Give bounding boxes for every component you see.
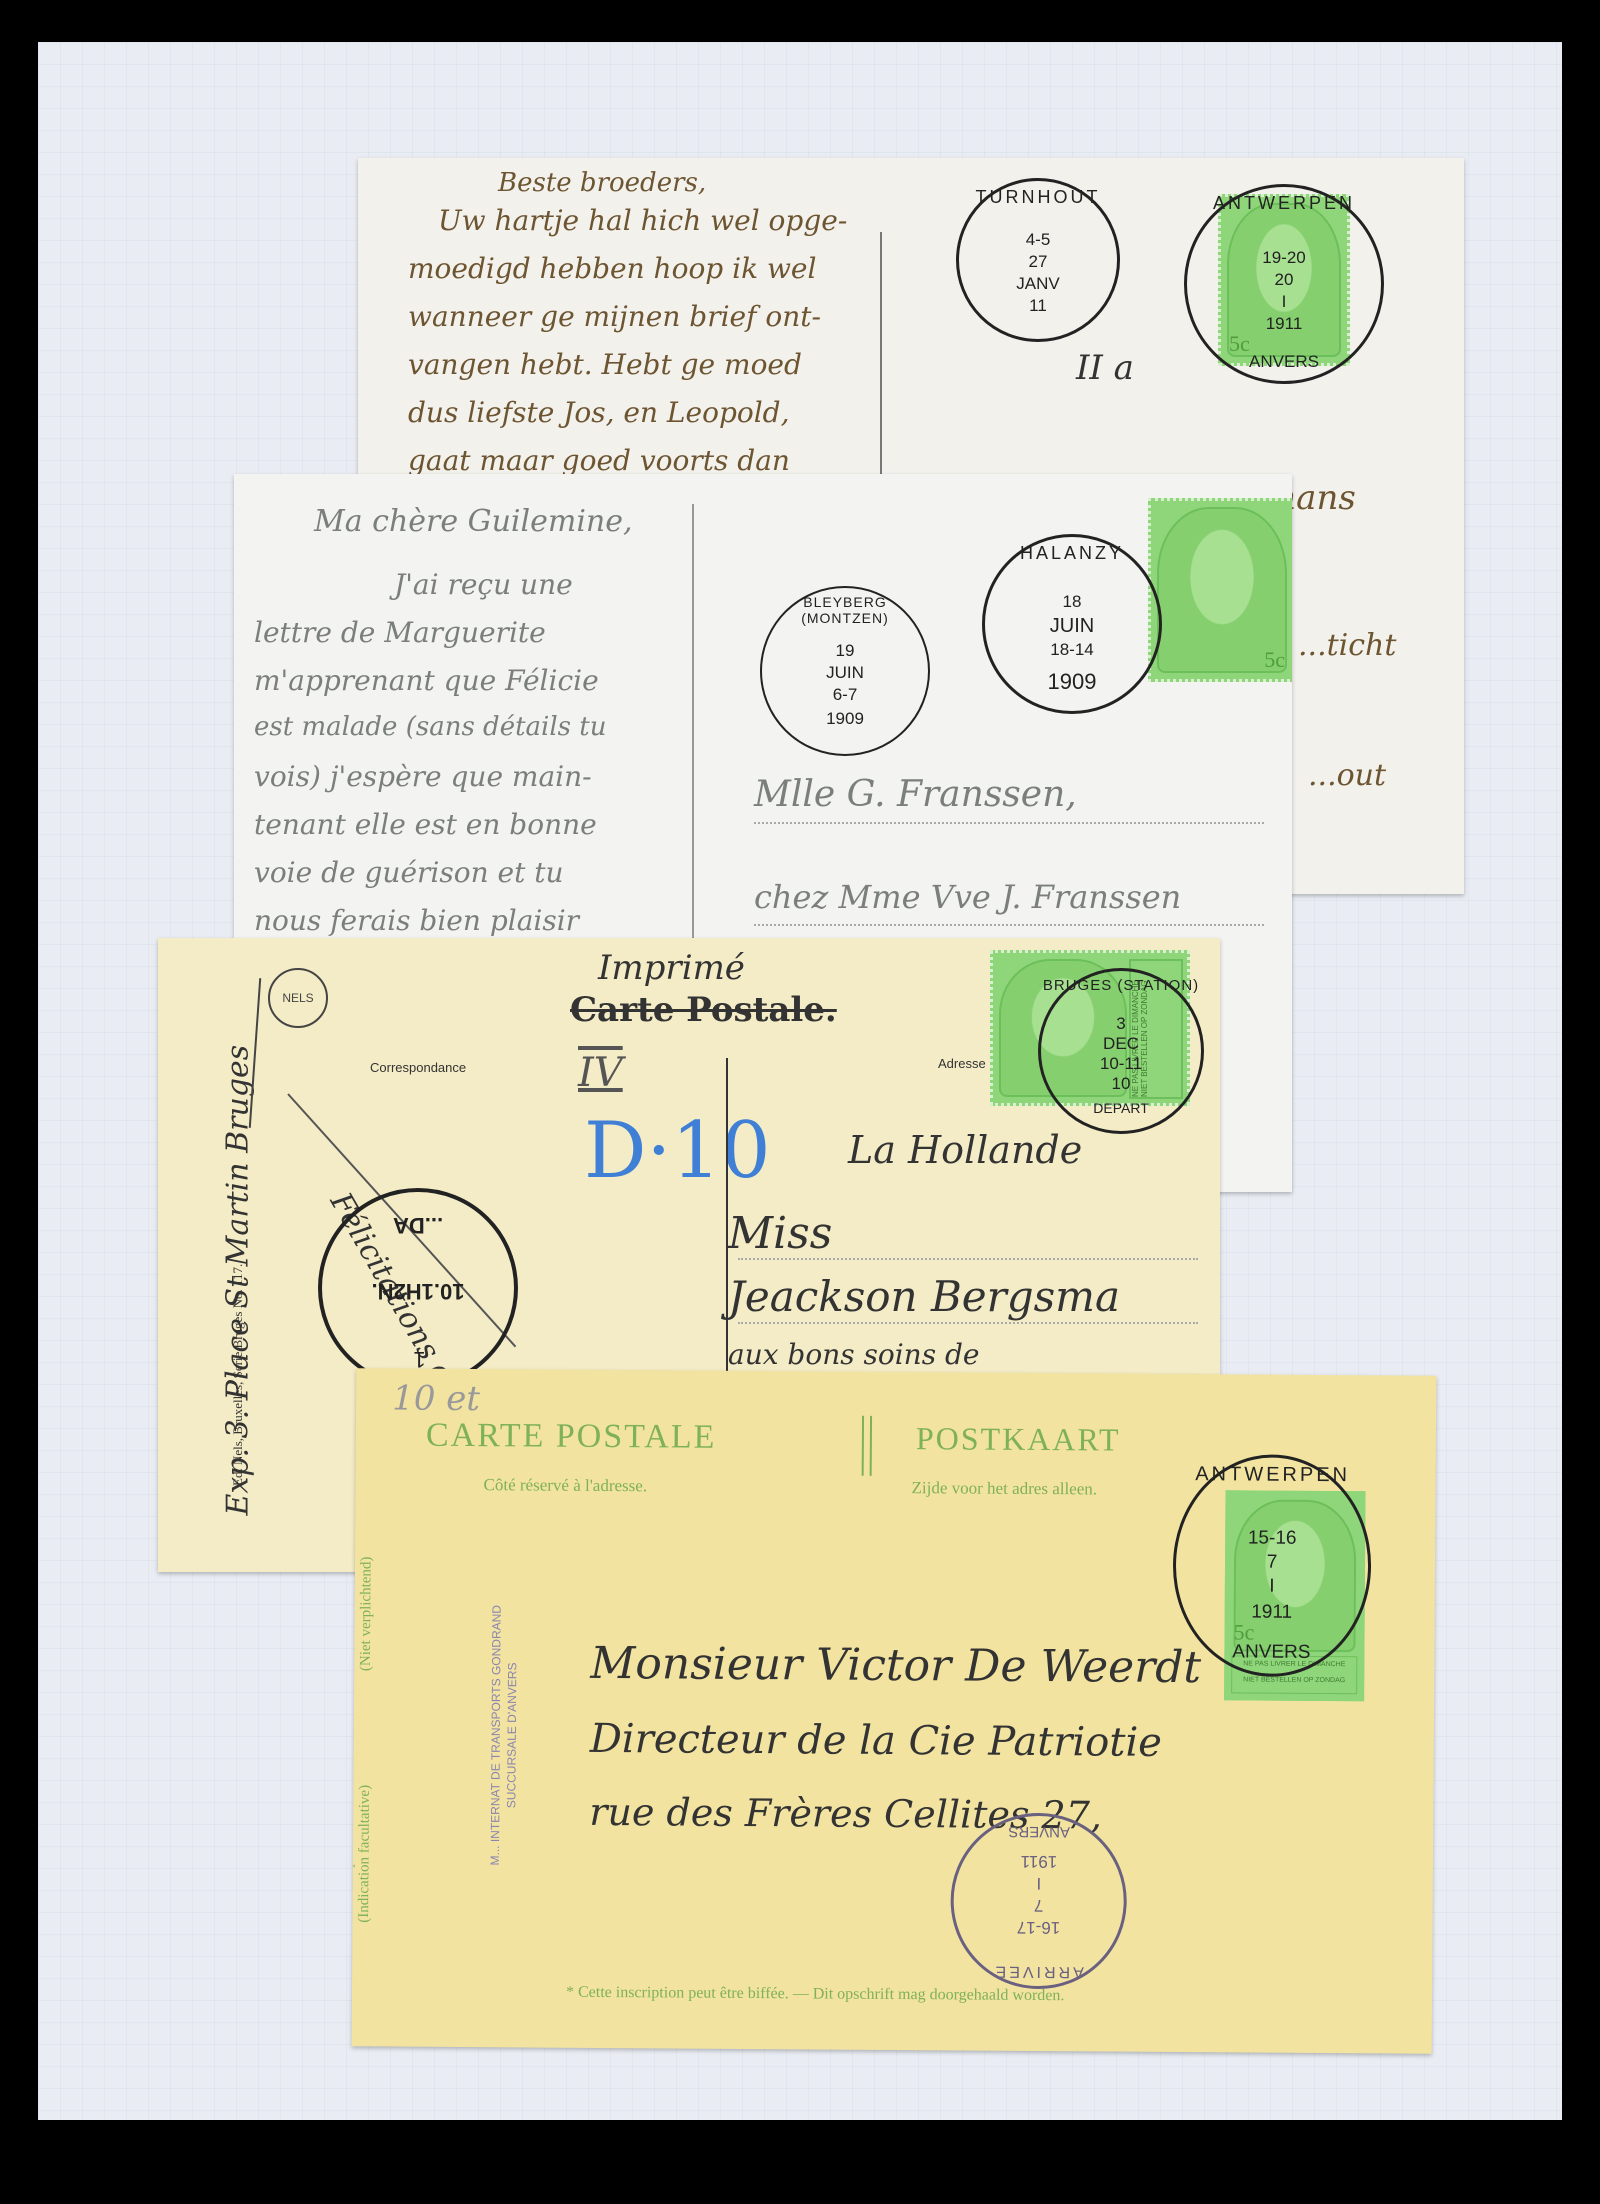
card2-line: Ma chère Guilemine,: [314, 504, 633, 539]
card3-address: aux bons soins de: [728, 1338, 979, 1371]
postmark-bruges: BRUGES (STATION) 3 DEC 10-11 10 DEPART: [1038, 968, 1204, 1134]
card4-address: Directeur de la Cie Patriotie: [590, 1716, 1162, 1766]
postmark-arrivee: ARRIVEE 16-17 7 I 1911 ANVERS: [950, 1812, 1127, 1989]
card3-side-column: Exp. 3. Place St Martin Bruges Ed. Nels,…: [198, 958, 258, 1518]
card2-line: voie de guérison et tu: [254, 856, 564, 889]
postmark-antwerpen-2: ANTWERPEN 15-16 7 I 1911 ANVERS: [1172, 1454, 1372, 1677]
card4-subtitle-fr: Côté réservé à l'adresse.: [483, 1475, 647, 1496]
card4-sender-nl: Naam en adres vanden afzender(Niet verpl…: [352, 1499, 376, 1729]
card4-sender-fr: Nom et adresse del'expéditeur(Indication…: [352, 1739, 375, 1969]
card4-title-fr: CARTE POSTALE: [426, 1417, 717, 1457]
card3-address-line: [738, 1258, 1198, 1260]
card1-address: ...out: [1308, 758, 1386, 793]
card2-line: m'apprenant que Félicie: [254, 664, 599, 697]
postmark-antwerpen-1: ANTWERPEN 19-20 20 I 1911 ANVERS: [1184, 184, 1384, 384]
card2-line: lettre de Marguerite: [254, 616, 546, 649]
card2-line: vois) j'espère que main-: [254, 760, 592, 793]
card1-line: Uw hartje hal hich wel opge-: [438, 204, 847, 237]
card1-annotation: II a: [1076, 348, 1134, 388]
postmark-turnhout: TURNHOUT 4-5 27 JANV 11: [956, 178, 1120, 342]
card1-line: vangen hebt. Hebt ge moed: [408, 348, 802, 381]
card2-line: tenant elle est en bonne: [254, 808, 597, 841]
card4-subtitle-nl: Zijde voor het adres alleen.: [911, 1478, 1097, 1499]
card3-imprime: Imprimé: [598, 948, 745, 988]
card4-address: Monsieur Victor De Weerdt: [590, 1638, 1201, 1693]
card2-line: J'ai reçu une: [394, 568, 573, 601]
publisher-logo: NELS: [268, 968, 328, 1028]
postcard-4: 10 et CARTE POSTALE Côté réservé à l'adr…: [352, 1368, 1437, 2054]
card3-carte-postale: Carte Postale.: [570, 990, 837, 1030]
card4-center-rule: [862, 1416, 872, 1476]
stamp-card2: 5c: [1148, 498, 1292, 682]
correspondance-label: Correspondance: [370, 1060, 466, 1075]
card2-line: est malade (sans détails tu: [254, 712, 606, 742]
card1-line: moedigd hebben hoop ik wel: [408, 252, 816, 285]
card3-publisher: Ed. Nels, Bruxelles, Serie Bruges No. 11…: [230, 1046, 246, 1486]
card3-address: Jeackson Bergsma: [728, 1272, 1120, 1321]
card3-address: La Hollande: [848, 1128, 1082, 1172]
card2-address-line: [754, 924, 1264, 926]
postmark-halanzy: HALANZY 18 JUIN 18-14 1909: [982, 534, 1162, 714]
card2-address: chez Mme Vve J. Franssen: [754, 878, 1181, 916]
postmark-bleyberg: BLEYBERG (MONTZEN) 19 JUIN 6-7 1909: [760, 586, 930, 756]
album-page: Beste broeders, Uw hartje hal hich wel o…: [38, 42, 1562, 2120]
card1-line: gaat maar goed voorts dan: [408, 444, 790, 477]
card3-address-line: [738, 1322, 1198, 1324]
card4-footer: * Cette inscription peut être biffée. — …: [566, 1984, 1065, 2005]
card1-address: ...ticht: [1298, 628, 1396, 663]
card4-sender-box: Nom et adresse del'expéditeur(Indication…: [382, 1518, 505, 1979]
card1-line: wanneer ge mijnen brief ont-: [408, 300, 821, 333]
adresse-label: Adresse: [938, 1056, 986, 1071]
card3-address: Miss: [728, 1208, 832, 1259]
card4-sender-stamp: M... INTERNAT DE TRANSPORTS GONDRANDSUCC…: [486, 1525, 521, 1945]
card3-blue-pencil: D·10: [584, 1106, 771, 1196]
card4-title-nl: POSTKAART: [916, 1420, 1121, 1458]
card1-line: dus liefste Jos, en Leopold,: [408, 396, 790, 429]
card4-pencil-note: 10 et: [392, 1378, 480, 1419]
card2-address: Mlle G. Franssen,: [754, 774, 1077, 815]
card3-roman-numeral: IV: [578, 1050, 623, 1096]
card2-line: nous ferais bien plaisir: [254, 904, 579, 937]
postmark-german: 1 10.1H2N. ...DA: [318, 1188, 518, 1388]
card2-address-line: [754, 822, 1264, 824]
card1-line: Beste broeders,: [498, 168, 706, 198]
